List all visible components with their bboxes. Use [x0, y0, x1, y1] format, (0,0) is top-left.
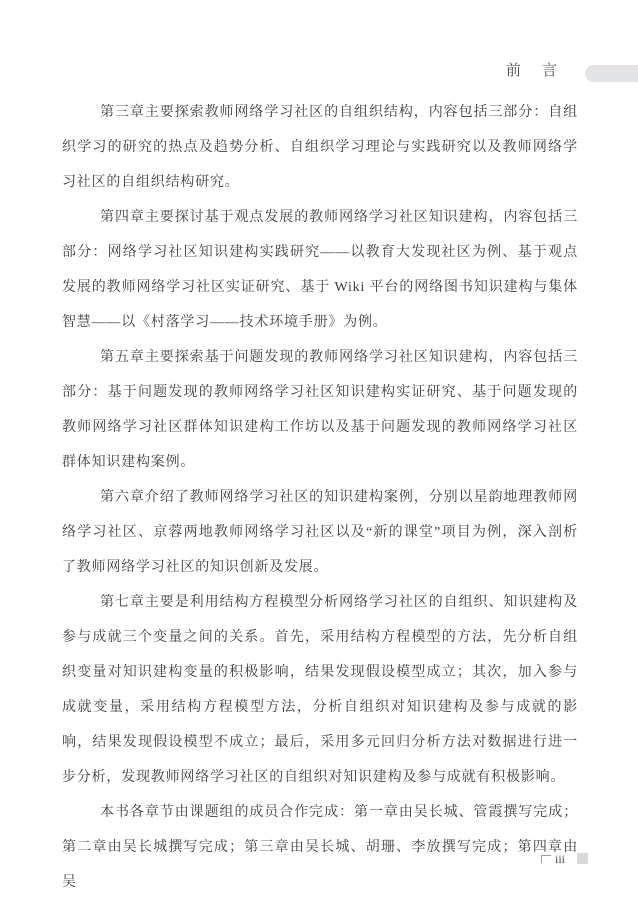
- corner-bracket-mark: [541, 855, 551, 863]
- paragraph-chapter-6: 第六章介绍了教师网络学习社区的知识建构案例，分别以星韵地理教师网络学习社区、京蓉…: [62, 480, 578, 585]
- preface-body: 第三章主要探索教师网络学习社区的自组织结构，内容包括三部分：自组织学习的研究的热…: [62, 95, 578, 900]
- page-number: iii: [555, 853, 565, 865]
- footer-square-mark: [577, 853, 588, 864]
- paragraph-chapter-7: 第七章主要是利用结构方程模型分析网络学习社区的自组织、知识建构及参与成就三个变量…: [62, 585, 578, 795]
- paragraph-chapter-3: 第三章主要探索教师网络学习社区的自组织结构，内容包括三部分：自组织学习的研究的热…: [62, 95, 578, 200]
- page-footer: iii: [0, 852, 638, 874]
- header-tab-bar: [585, 65, 638, 82]
- paragraph-chapter-5: 第五章主要探索基于问题发现的教师网络学习社区知识建构，内容包括三部分：基于问题发…: [62, 340, 578, 480]
- paragraph-authors: 本书各章节由课题组的成员合作完成：第一章由吴长城、管霞撰写完成；第二章由吴长城撰…: [62, 795, 578, 900]
- paragraph-chapter-4: 第四章主要探讨基于观点发展的教师网络学习社区知识建构，内容包括三部分：网络学习社…: [62, 200, 578, 340]
- book-page: 前 言 第三章主要探索教师网络学习社区的自组织结构，内容包括三部分：自组织学习的…: [0, 0, 638, 903]
- page-header-title: 前 言: [506, 63, 560, 80]
